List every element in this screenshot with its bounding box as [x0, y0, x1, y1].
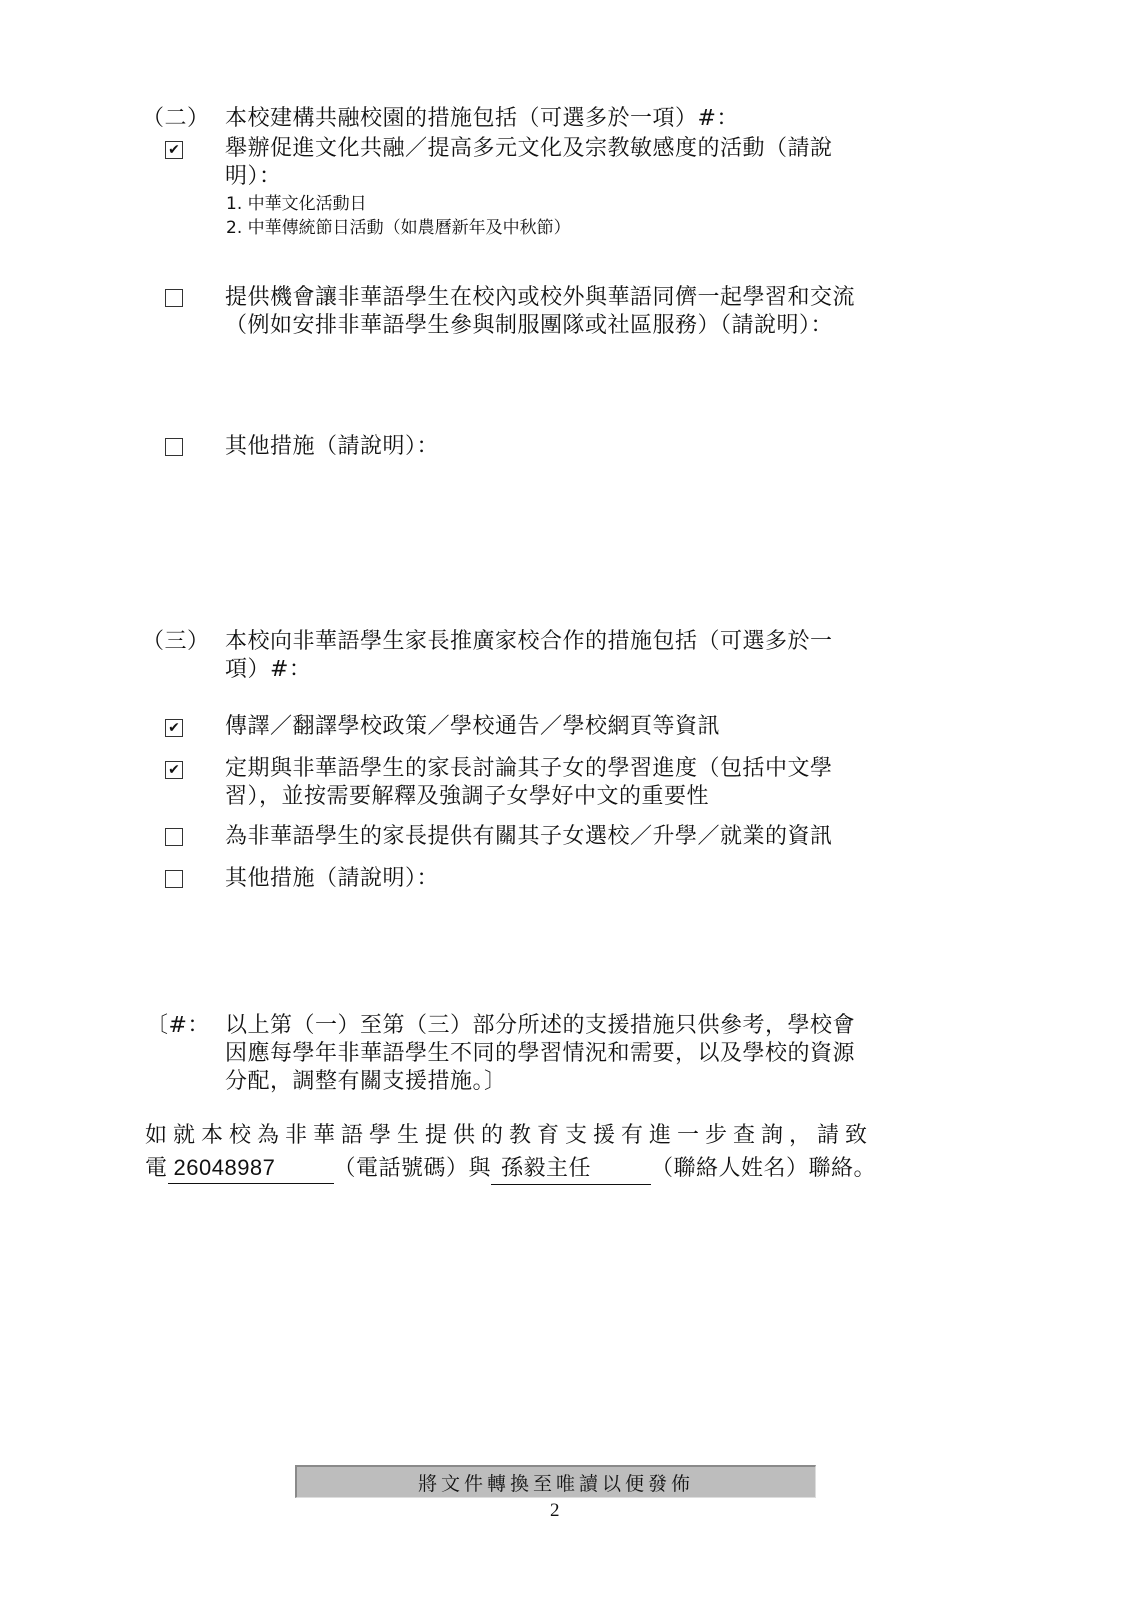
check-icon: ✔: [168, 143, 180, 157]
item-translation: 傳譯／翻譯學校政策／學校通告／學校網頁等資訊: [225, 712, 720, 742]
section-2-title: 本校建構共融校園的措施包括（可選多於一項）#：: [225, 104, 739, 134]
item-progress-discussion-line1: 定期與非華語學生的家長討論其子女的學習進度（包括中文學: [225, 754, 833, 784]
contact-line1: 如就本校為非華語學生提供的教育支援有進一步查詢，請致: [145, 1121, 873, 1151]
note-prefix: 〔#：: [146, 1011, 210, 1041]
item-other-measures-3: 其他措施（請說明）：: [225, 864, 439, 894]
section-3-title-line2: 項）#：: [225, 655, 311, 685]
section-2-number: （二）: [142, 104, 210, 134]
detail-item-1: 1. 中華文化活動日: [226, 192, 367, 216]
item-cultural-activities-line2: 明）：: [225, 162, 282, 192]
convert-readonly-button[interactable]: 將文件轉換至唯讀以便發佈: [295, 1465, 816, 1498]
check-icon: ✔: [168, 721, 180, 735]
note-line2: 因應每學年非華語學生不同的學習情況和需要，以及學校的資源: [225, 1039, 855, 1069]
checkbox-other-measures-2[interactable]: [165, 438, 183, 456]
phone-field[interactable]: 26048987: [168, 1153, 334, 1184]
checkbox-cultural-activities[interactable]: ✔: [165, 141, 183, 159]
item-school-choice-info: 為非華語學生的家長提供有關其子女選校／升學／就業的資訊: [225, 822, 833, 852]
item-progress-discussion-line2: 習），並按需要解釋及強調子女學好中文的重要性: [225, 782, 709, 812]
note-line3: 分配，調整有關支援措施。〕: [225, 1067, 507, 1097]
checkbox-peer-learning[interactable]: [165, 289, 183, 307]
section-3-number: （三）: [142, 627, 210, 657]
contact-line2: 電26048987（電話號碼）與孫毅主任（聯絡人姓名）聯絡。: [145, 1153, 876, 1185]
phone-label: （電話號碼）與: [334, 1156, 492, 1181]
checkbox-progress-discussion[interactable]: ✔: [165, 761, 183, 779]
section-3-title-line1: 本校向非華語學生家長推廣家校合作的措施包括（可選多於一: [225, 627, 833, 657]
check-icon: ✔: [168, 763, 180, 777]
name-label: （聯絡人姓名）聯絡。: [651, 1156, 876, 1181]
note-line1: 以上第（一）至第（三）部分所述的支援措施只供參考，學校會: [225, 1011, 855, 1041]
item-cultural-activities-line1: 舉辦促進文化共融／提高多元文化及宗教敏感度的活動（請說: [225, 134, 833, 164]
page-number: 2: [550, 1500, 560, 1522]
detail-item-2: 2. 中華傳統節日活動（如農曆新年及中秋節）: [226, 216, 571, 240]
contact-prefix: 電: [145, 1156, 168, 1181]
checkbox-school-choice-info[interactable]: [165, 828, 183, 846]
item-peer-learning-line2: （例如安排非華語學生參與制服團隊或社區服務）（請說明）：: [225, 311, 833, 341]
item-peer-learning-line1: 提供機會讓非華語學生在校內或校外與華語同儕一起學習和交流: [225, 283, 855, 313]
checkbox-other-measures-3[interactable]: [165, 870, 183, 888]
contact-name-field[interactable]: 孫毅主任: [491, 1154, 651, 1185]
item-other-measures-2: 其他措施（請說明）：: [225, 432, 439, 462]
checkbox-translation[interactable]: ✔: [165, 719, 183, 737]
